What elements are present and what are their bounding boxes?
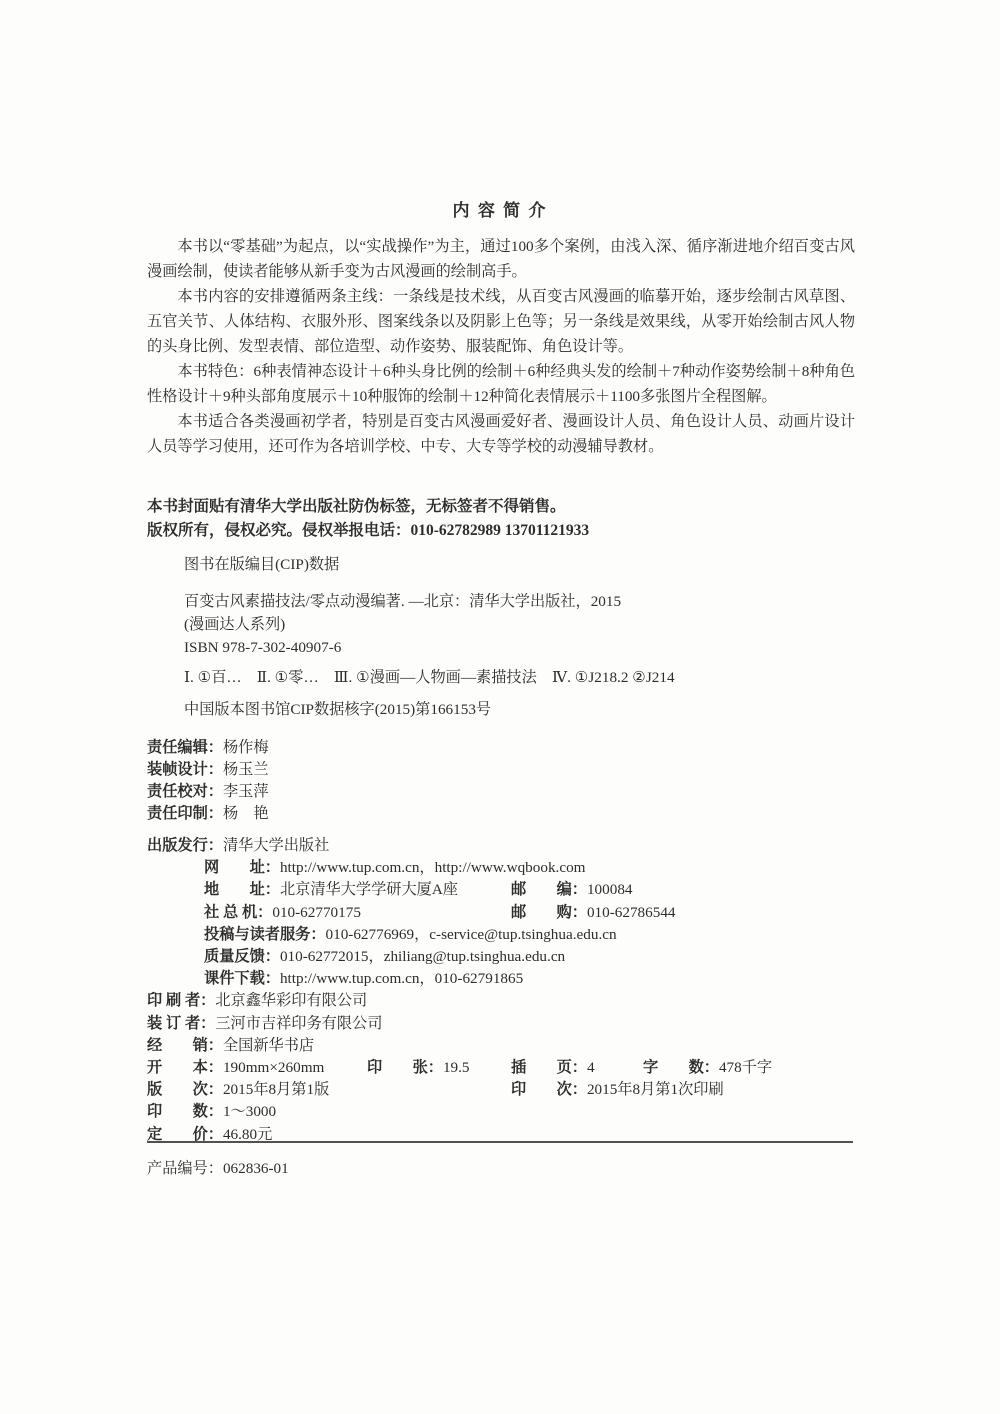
impression-label: 印 次：: [511, 1081, 587, 1098]
print-supervisor-label: 责任印制：: [147, 805, 223, 822]
editor-credit: 责任编辑：杨作梅: [147, 737, 269, 759]
proofreader-credit: 责任校对：李玉萍: [147, 781, 269, 803]
designer-name: 杨玉兰: [223, 761, 269, 778]
content-summary-title: 内 容 简 介: [0, 196, 1000, 221]
quality-feedback-contact: 010-62772015，zhiliang@tup.tsinghua.edu.c…: [280, 948, 565, 965]
printer-label: 印 刷 者：: [147, 992, 215, 1009]
printer-line: 印 刷 者：北京鑫华彩印有限公司: [147, 990, 855, 1012]
reader-service-contact: 010-62776969，c-service@tup.tsinghua.edu.…: [326, 926, 617, 943]
publisher-label: 出版发行：: [147, 837, 223, 854]
distributor-label: 经 销：: [147, 1037, 223, 1054]
mailorder-group: 邮 购：010-62786544: [511, 902, 676, 924]
courseware-label: 课件下载：: [204, 970, 280, 987]
inserts-value: 4: [587, 1059, 595, 1076]
product-number-value: 062836-01: [223, 1160, 289, 1177]
address-label: 地 址：: [204, 881, 280, 898]
quality-feedback-line: 质量反馈：010-62772015，zhiliang@tup.tsinghua.…: [147, 946, 855, 968]
cip-classification: Ⅰ. ①百… Ⅱ. ①零… Ⅲ. ①漫画—人物画—素描技法 Ⅳ. ①J218.2…: [184, 666, 855, 689]
staff-credits: 责任编辑：杨作梅 装帧设计：杨玉兰 责任校对：李玉萍 责任印制：杨 艳: [147, 737, 269, 825]
edition-line: 版 次：2015年8月第1版 印 次：2015年8月第1次印刷: [147, 1079, 855, 1101]
impression-value: 2015年8月第1次印刷: [587, 1081, 724, 1098]
format-specs-line: 开 本：190mm×260mm 印 张：19.5 插 页：4 字 数：478千字: [147, 1057, 855, 1079]
inserts-group: 插 页：4: [511, 1057, 595, 1079]
print-run-label: 印 数：: [147, 1103, 223, 1120]
website-urls: http://www.tup.com.cn，http://www.wqbook.…: [280, 859, 586, 876]
print-supervisor-credit: 责任印制：杨 艳: [147, 803, 269, 825]
print-run-value: 1～3000: [223, 1103, 276, 1120]
inserts-label: 插 页：: [511, 1059, 587, 1076]
sheets-group: 印 张：19.5: [367, 1057, 470, 1079]
isbn-number: ISBN 978-7-302-40907-6: [184, 636, 855, 659]
editor-name: 杨作梅: [223, 739, 269, 756]
mailorder-label: 邮 购：: [511, 904, 587, 921]
reader-service-line: 投稿与读者服务：010-62776969，c-service@tup.tsing…: [147, 924, 855, 946]
switchboard-label: 社 总 机：: [204, 904, 272, 921]
intro-paragraph-1: 本书以“零基础”为起点，以“实战操作”为主，通过100多个案例，由浅入深、循序渐…: [147, 234, 855, 284]
binder-name: 三河市吉祥印务有限公司: [215, 1015, 382, 1032]
address-value: 北京清华大学学研大厦A座: [280, 881, 458, 898]
switchboard-phone: 010-62770175: [272, 904, 361, 921]
footer-divider: [147, 1141, 853, 1143]
proofreader-name: 李玉萍: [223, 783, 269, 800]
format-label: 开 本：: [147, 1059, 223, 1076]
intro-paragraph-3: 本书特色：6种表情神态设计＋6种头身比例的绘制＋6种经典头发的绘制＋7种动作姿势…: [147, 359, 855, 409]
cip-data-section: 图书在版编目(CIP)数据 百变古风素描技法/零点动漫编著. —北京：清华大学出…: [184, 553, 855, 721]
courseware-line: 课件下载：http://www.tup.com.cn，010-62791865: [147, 968, 855, 990]
courseware-contact: http://www.tup.com.cn，010-62791865: [280, 970, 523, 987]
wordcount-group: 字 数：478千字: [643, 1057, 772, 1079]
edition-label: 版 次：: [147, 1081, 223, 1098]
address-line: 地 址：北京清华大学学研大厦A座 邮 编：100084: [147, 879, 855, 901]
anti-counterfeit-notice: 本书封面贴有清华大学出版社防伪标签，无标签者不得销售。: [147, 495, 867, 519]
cip-title-line: 百变古风素描技法/零点动漫编著. —北京：清华大学出版社，2015: [184, 590, 855, 613]
product-number-line: 产品编号：062836-01: [147, 1157, 289, 1178]
print-supervisor-name: 杨 艳: [223, 805, 269, 822]
publisher-name: 清华大学出版社: [223, 837, 329, 854]
edition-value: 2015年8月第1版: [223, 1081, 329, 1098]
designer-credit: 装帧设计：杨玉兰: [147, 759, 269, 781]
zipcode-label: 邮 编：: [511, 881, 587, 898]
sheets-label: 印 张：: [367, 1059, 443, 1076]
wordcount-value: 478千字: [719, 1059, 772, 1076]
publisher-line: 出版发行：清华大学出版社: [147, 835, 855, 857]
print-run-line: 印 数：1～3000: [147, 1101, 855, 1123]
quality-feedback-label: 质量反馈：: [204, 948, 280, 965]
switchboard-line: 社 总 机：010-62770175 邮 购：010-62786544: [147, 902, 855, 924]
binder-line: 装 订 者：三河市吉祥印务有限公司: [147, 1013, 855, 1035]
distributor-line: 经 销：全国新华书店: [147, 1035, 855, 1057]
printer-name: 北京鑫华彩印有限公司: [215, 992, 367, 1009]
intro-paragraph-4: 本书适合各类漫画初学者，特别是百变古风漫画爱好者、漫画设计人员、角色设计人员、动…: [147, 409, 855, 459]
zipcode-group: 邮 编：100084: [511, 879, 633, 901]
format-value: 190mm×260mm: [223, 1059, 324, 1076]
impression-group: 印 次：2015年8月第1次印刷: [511, 1079, 724, 1101]
cip-series: (漫画达人系列): [184, 613, 855, 636]
product-number-label: 产品编号：: [147, 1160, 223, 1177]
wordcount-label: 字 数：: [643, 1059, 719, 1076]
binder-label: 装 订 者：: [147, 1015, 215, 1032]
editor-label: 责任编辑：: [147, 739, 223, 756]
distributor-name: 全国新华书店: [223, 1037, 314, 1054]
proofreader-label: 责任校对：: [147, 783, 223, 800]
copyright-notice: 本书封面贴有清华大学出版社防伪标签，无标签者不得销售。 版权所有，侵权必究。侵权…: [147, 495, 867, 542]
colophon-section: 出版发行：清华大学出版社 网 址：http://www.tup.com.cn，h…: [147, 835, 855, 1146]
website-label: 网 址：: [204, 859, 280, 876]
zipcode-value: 100084: [587, 881, 633, 898]
mailorder-phone: 010-62786544: [587, 904, 676, 921]
website-line: 网 址：http://www.tup.com.cn，http://www.wqb…: [147, 857, 855, 879]
cip-heading: 图书在版编目(CIP)数据: [184, 553, 855, 576]
reader-service-label: 投稿与读者服务：: [204, 926, 326, 943]
rights-reserved-notice: 版权所有，侵权必究。侵权举报电话：010-62782989 1370112193…: [147, 519, 867, 543]
book-copyright-page: 内 容 简 介 本书以“零基础”为起点，以“实战操作”为主，通过100多个案例，…: [0, 0, 1000, 1414]
sheets-value: 19.5: [443, 1059, 470, 1076]
cip-record-number: 中国版本图书馆CIP数据核字(2015)第166153号: [184, 698, 855, 721]
content-summary: 本书以“零基础”为起点，以“实战操作”为主，通过100多个案例，由浅入深、循序渐…: [147, 234, 855, 459]
designer-label: 装帧设计：: [147, 761, 223, 778]
intro-paragraph-2: 本书内容的安排遵循两条主线：一条线是技术线，从百变古风漫画的临摹开始，逐步绘制古…: [147, 284, 855, 359]
